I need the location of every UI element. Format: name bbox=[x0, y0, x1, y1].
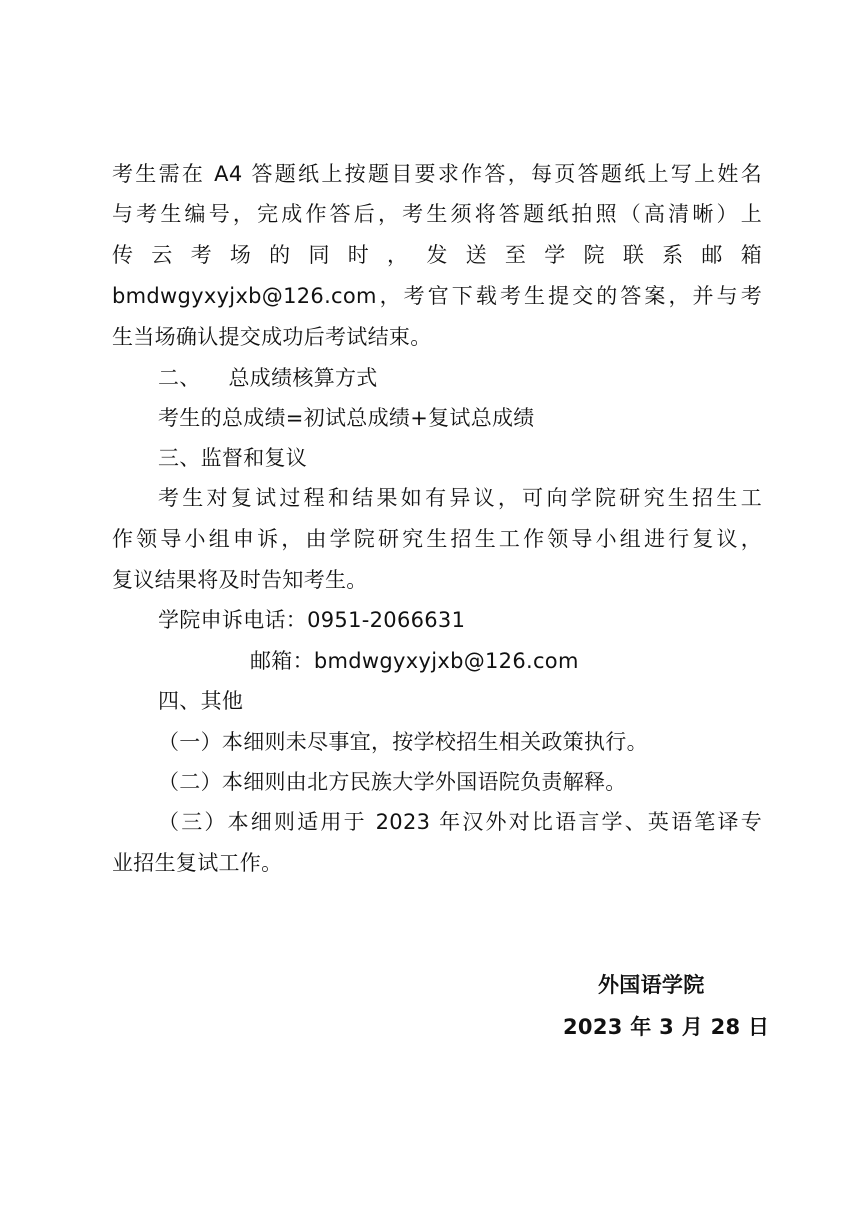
section-body: 考生的总成绩=初试总成绩+复试总成绩 bbox=[158, 403, 535, 433]
paragraph-line: 作领导小组申诉，由学院研究生招生工作领导小组进行复议， bbox=[112, 524, 762, 554]
list-item: 业招生复试工作。 bbox=[112, 848, 282, 878]
paragraph-line: bmdwgyxyjxb@126.com，考官下载考生提交的答案，并与考 bbox=[112, 281, 762, 311]
paragraph-line: 传 云 考 场 的 同 时 ， 发 送 至 学 院 联 系 邮 箱 bbox=[112, 240, 762, 270]
paragraph-line: 生当场确认提交成功后考试结束。 bbox=[112, 322, 432, 352]
paragraph-line: 复议结果将及时告知考生。 bbox=[112, 565, 368, 595]
paragraph-line: 考生对复试过程和结果如有异议，可向学院研究生招生工 bbox=[158, 483, 762, 513]
list-item: （二）本细则由北方民族大学外国语院负责解释。 bbox=[158, 767, 627, 797]
paragraph-line: 与考生编号，完成作答后，考生须将答题纸拍照（高清晰）上 bbox=[112, 199, 762, 229]
signature-org: 外国语学院 bbox=[598, 970, 705, 1000]
contact-phone: 学院申诉电话：0951-2066631 bbox=[158, 605, 465, 635]
paragraph-line: 考生需在 A4 答题纸上按题目要求作答，每页答题纸上写上姓名 bbox=[112, 159, 762, 189]
section-heading: 四、其他 bbox=[158, 686, 243, 716]
list-item: （三）本细则适用于 2023 年汉外对比语言学、英语笔译专 bbox=[158, 807, 762, 837]
section-heading: 三、监督和复议 bbox=[158, 443, 307, 473]
section-heading: 二、 总成绩核算方式 bbox=[158, 363, 378, 393]
contact-email: 邮箱：bmdwgyxyjxb@126.com bbox=[250, 646, 579, 676]
signature-date: 2023 年 3 月 28 日 bbox=[563, 1012, 769, 1042]
list-item: （一）本细则未尽事宜，按学校招生相关政策执行。 bbox=[158, 727, 648, 757]
